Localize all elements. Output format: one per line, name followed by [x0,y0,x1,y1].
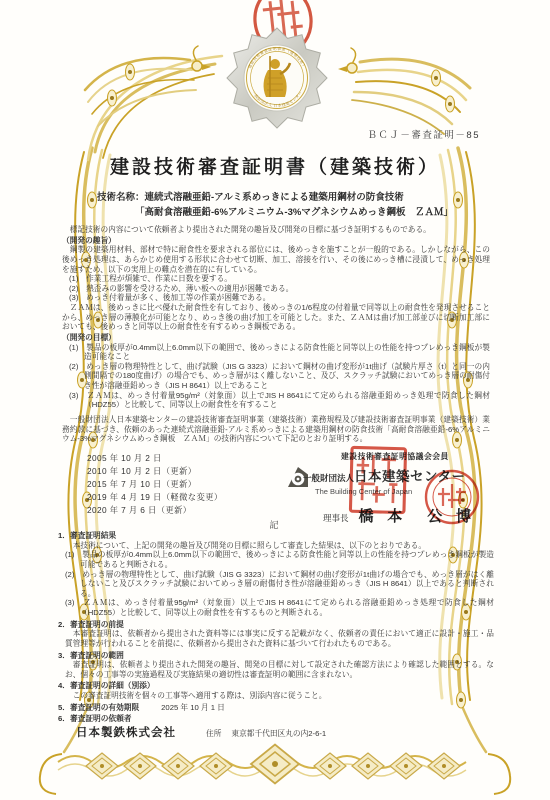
goal-heading: （開発の目標） [62,333,490,343]
phoenix-left-icon [85,46,222,160]
applicant-company-name: 日本製鉄株式会社 [76,726,176,740]
purpose-item: (1) 作業工程が煩雑で、作業に日数を要する。 [69,274,490,284]
section-heading: 3．審査証明の範囲 [58,651,494,661]
issue-date: 2020 年 7 月 6 日（更新） [87,504,223,517]
section-expiry: 5．審査証明の有効期限 2025 年 10 月 1 日 [58,703,494,713]
result-item: (3) ＺＡＭは、めっき付着量95g/m²（対象面）以上でJIS H 8641に… [65,598,494,617]
purpose-paragraph-1: 鋼製の建築用材料、部材で特に耐食性を要求される部位には、後めっきを施すことが一般… [62,245,490,274]
section-heading: 5．審査証明の有効期限 [58,703,139,713]
section-scope: 3．審査証明の範囲 審査証明は、依頼者より提出された開発の趣旨、開発の目標に対し… [58,651,494,680]
goal-item: (3) ＺＡＭは、めっき付着量95g/m²（対象面）以上でJIS H 8641に… [69,391,490,410]
issue-date: 2010 年 10 月 2 日（更新） [87,465,223,478]
goal-item: (1) 製品の板厚が0.4mm以上6.0mm以下の範囲で、後めっきによる防食性能… [69,343,490,362]
body-text-column: 標記技術の内容について依頼者より提出された開発の趣旨及び開発の目標に基づき証明す… [62,225,490,444]
section-heading: 2．審査証明の前提 [58,620,494,630]
technology-name-block: 技術名称：連続式溶融亜鉛-アルミ系めっきによる建築用鋼材の防食技術 「高耐食溶融… [97,191,453,220]
certification-statement: 一般財団法人日本建築センターの建設技術審査証明事業（建築技術）業務規程及び建設技… [62,415,490,444]
goal-item: (2) めっき層の物理特性として、曲げ試験（JIS G 3323）において鋼材の… [69,362,490,391]
section-heading: 1．審査証明結果 [58,531,494,541]
page-title: 建設技術審査証明書（建築技術） [0,152,550,179]
result-item: (2) めっき層の物理特性として、曲げ試験（JIS G 3323）において鋼材の… [65,570,494,599]
section-heading: 4．審査証明の詳細（別添） [58,681,494,691]
issue-date: 2015 年 7 月 10 日（更新） [87,478,223,491]
purpose-item: (3) めっき付着量が多く、後加工等の作業が困難である。 [69,293,490,303]
expiry-date: 2025 年 10 月 1 日 [161,703,225,713]
section-details: 4．審査証明の詳細（別添） この審査証明技術を個々の工事等へ適用する際は、別添内… [58,681,494,700]
purpose-paragraph-2: ＺＡＭは、後めっきに比べ優れた耐食性を有しており、後めっきの1/6程度の付着量で… [62,303,490,332]
certification-medal-icon: 建設技術審査証明事業（建築技術） 一般財団法人 日本建築センター [222,26,332,131]
issue-date: 2005 年 10 月 2 日 [87,452,223,465]
phoenix-right-icon [338,48,470,134]
section-results: 1．審査証明結果 本技術について、上記の開発の趣旨及び開発の目標に照らして審査し… [58,531,494,618]
certificate-ref-number: ＢＣＪ－審査証明－85 [367,127,480,141]
purpose-item: (2) 熱歪みの影響を受けるため、薄い板への適用が困難である。 [69,284,490,294]
purpose-heading: （開発の趣旨） [62,236,490,246]
square-seal-stamp [347,444,409,516]
section-intro: 本技術について、上記の開発の趣旨及び開発の目標に照らして審査した結果は、以下のと… [65,541,494,551]
section-heading: 6．審査証明の依頼者 [58,714,494,724]
address-label: 住所 [206,729,221,739]
technology-name-line2: 「高耐食溶融亜鉛-6%アルミニウム-3%マグネシウムめっき鋼板 ＺＡＭ」 [97,206,453,221]
section-body: この審査証明技術を個々の工事等へ適用する際は、別添内容に従うこと。 [65,691,494,701]
section-premise: 2．審査証明の前提 本審査証明は、依頼者から提出された資料等には事実に反する記載… [58,620,494,649]
section-applicant: 6．審査証明の依頼者 日本製鉄株式会社 住所 東京都千代田区丸の内2-6-1 [58,714,494,740]
issue-dates-list: 2005 年 10 月 2 日 2010 年 10 月 2 日（更新） 2015… [87,452,223,517]
address-value: 東京都千代田区丸の内2-6-1 [231,729,326,739]
issue-date: 2019 年 4 月 19 日（軽微な変更） [87,491,223,504]
record-marker: 記 [0,518,550,531]
certificate-page: 建設技術審査証明事業（建築技術） 一般財団法人 日本建築センター ＢＣＪ－審査証… [0,0,550,800]
technology-name-line1: 技術名称：連続式溶融亜鉛-アルミ系めっきによる建築用鋼材の防食技術 [97,191,453,206]
result-item: (1) 製品の板厚が0.4mm以上6.0mm以下の範囲で、後めっきによる防食性能… [65,550,494,569]
issuer-org-prefix: 一般財団法人 [303,473,354,483]
section-body: 本審査証明は、依頼者から提出された資料等には事実に反する記載がなく、依頼者の責任… [65,629,494,648]
section-body: 審査証明は、依頼者より提出された開発の趣旨、開発の目標に対して設定された確認方法… [65,660,494,679]
bottom-border-band-icon [40,745,510,795]
intro-paragraph: 標記技術の内容について依頼者より提出された開発の趣旨及び開発の目標に基づき証明す… [62,225,490,235]
sections-column: 1．審査証明結果 本技術について、上記の開発の趣旨及び開発の目標に照らして審査し… [58,531,494,742]
